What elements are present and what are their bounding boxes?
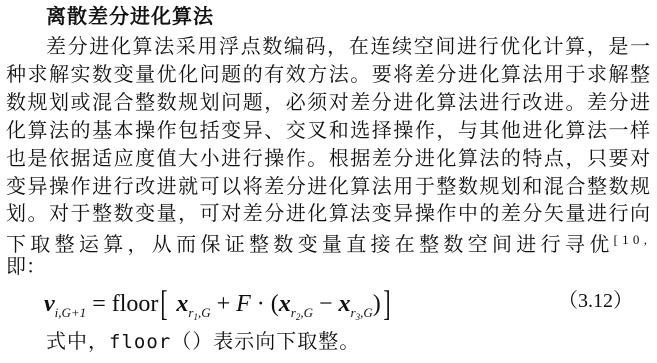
eq-x3-sub: r3,G [351, 305, 373, 320]
eq-x3: x [339, 291, 351, 317]
paragraph-line: 差分进化算法采用浮点数编码，在连续空间进行优化计算，是一 [46, 33, 650, 59]
note-suffix: （）表示向下取整。 [171, 329, 360, 353]
citation[interactable]: [10, 11] [614, 232, 657, 247]
note-func: floor [109, 331, 171, 353]
eq-x1-sub: r1,G [188, 305, 210, 320]
paragraph-line: 数规划或混合整数规划问题，必须对差分进化算法进行改进。差分进 [6, 89, 650, 115]
paragraph-line: 种求解实数变量优化问题的有效方法。要将差分进化算法用于求解整 [6, 61, 650, 87]
eq-minus: − [313, 291, 339, 317]
eq-x2-sub: r2,G [291, 305, 313, 320]
eq-dot: · ( [251, 291, 279, 317]
paragraph-line: 化算法的基本操作包括变异、交叉和选择操作，与其他进化算法一样 [6, 117, 650, 143]
equation-number: （3.12） [558, 288, 633, 314]
eq-close: ) [373, 291, 381, 317]
note-prefix: 式中， [46, 329, 109, 353]
paragraph-line: 划。对于整数变量，可对差分进化算法变异操作中的差分矢量进行向 [6, 200, 650, 226]
eq-F: F [236, 291, 251, 317]
eq-x1: x [176, 291, 188, 317]
paragraph-line: 变异操作进行改进就可以将差分进化算法用于整数规划和混合整数规 [6, 173, 650, 199]
left-bracket: [ [161, 283, 168, 323]
right-bracket: ] [383, 283, 390, 323]
section-title: 离散差分进化算法 [46, 3, 214, 29]
equation: vi,G+1 = floor[ xr1,G + F · (xr2,G − xr3… [44, 283, 393, 323]
eq-lhs-sub: i,G+1 [55, 305, 87, 320]
equation-note: 式中，floor（）表示向下取整。 [46, 328, 360, 355]
eq-x2: x [279, 291, 291, 317]
eq-plus: + [211, 291, 237, 317]
eq-floor: = floor [86, 291, 158, 317]
paragraph-line: 即： [6, 253, 650, 279]
eq-lhs: v [44, 291, 55, 317]
paragraph-line: 也是依据适应度值大小进行操作。根据差分进化算法的特点，只要对 [6, 145, 650, 171]
